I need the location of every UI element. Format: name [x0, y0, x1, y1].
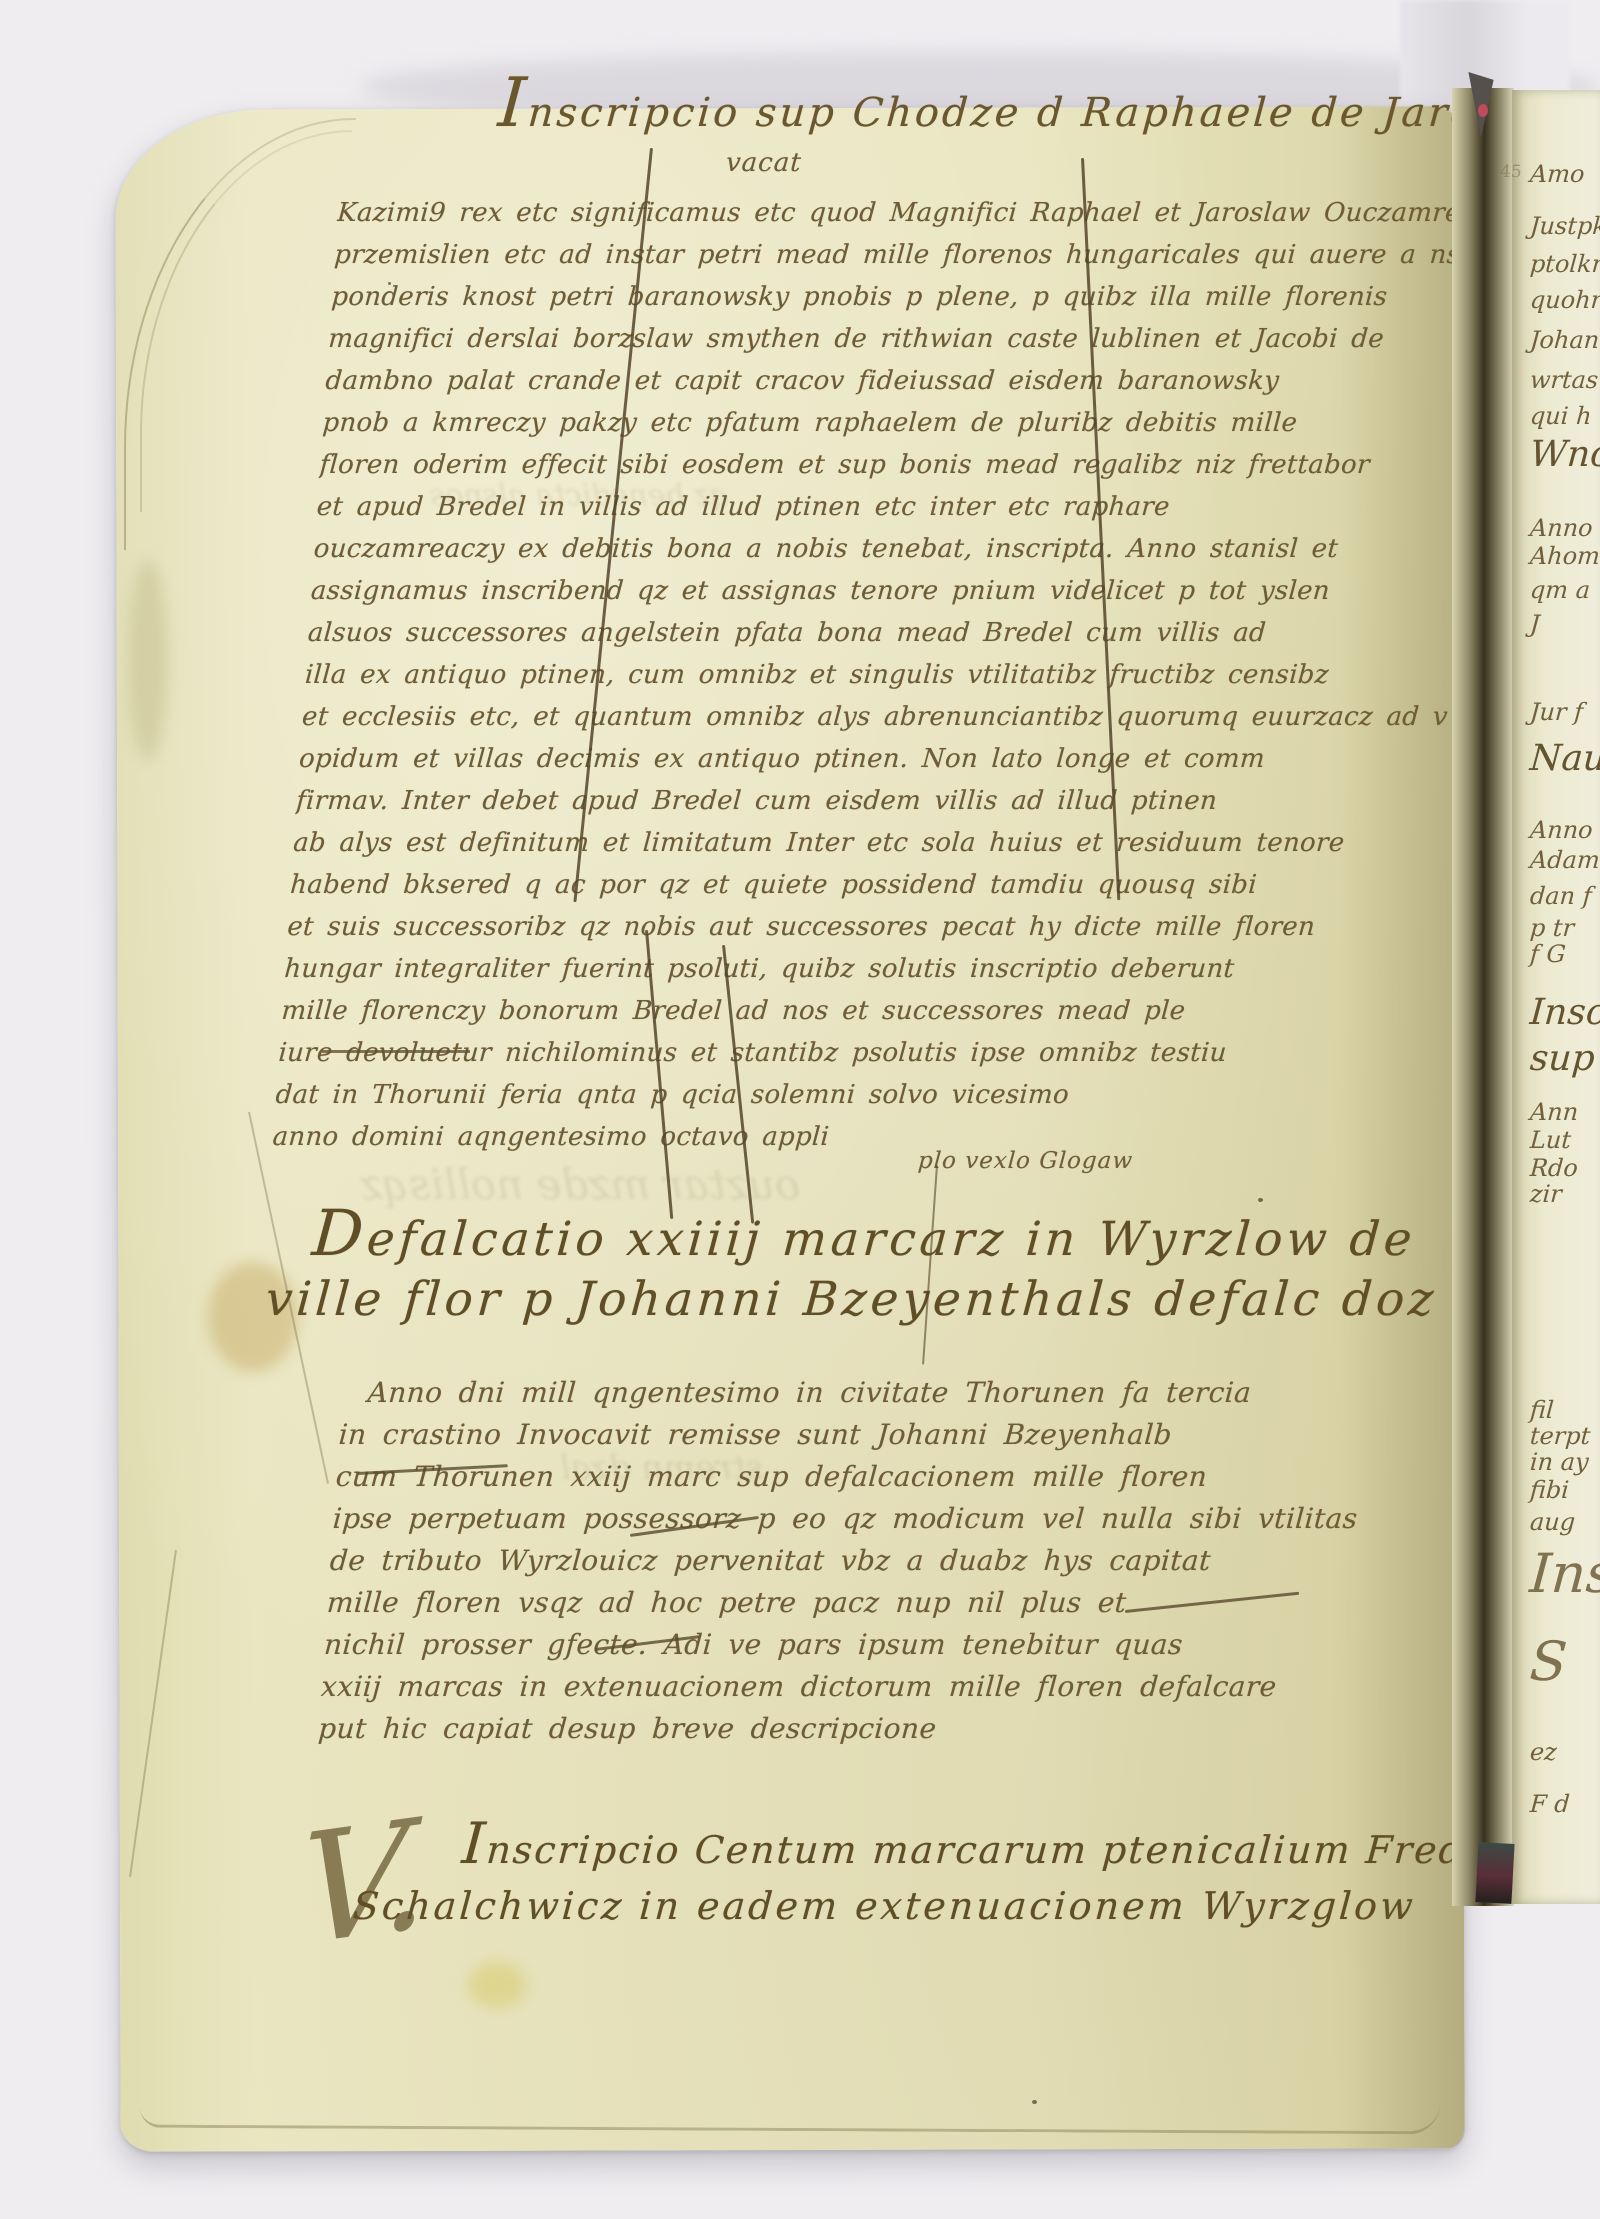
facing-page-fragment: zir — [1529, 1180, 1563, 1208]
facing-page-fragment: dan f — [1529, 882, 1593, 910]
facing-page-fragment: f G — [1529, 940, 1567, 968]
manuscript-line: cum Thorunen xxiij marc sup defalcacione… — [334, 1456, 1452, 1498]
manuscript-line: dambno palat crande et capit cracov fide… — [324, 360, 1472, 402]
facing-page-fragment: Amo — [1529, 160, 1586, 188]
facing-page-fragment: F d — [1529, 1790, 1571, 1818]
stain — [128, 560, 168, 760]
heading-line: ville flor p Johanni Bzeyenthals defalc … — [264, 1270, 1398, 1330]
facing-page-fragment: Ahom — [1529, 542, 1600, 570]
ink-bleed-ghost: ouztar mzde nollisqz — [360, 1160, 800, 1209]
facing-page-fragment: wrtas — [1529, 366, 1599, 394]
manuscript-line: ipse perpetuam possessorz p eo qz modicu… — [331, 1498, 1449, 1540]
facing-page-fragment: ptolkr — [1529, 250, 1600, 278]
manuscript-line: assignamus inscribend qz et assignas ten… — [309, 570, 1457, 612]
manuscript-line: ponderis knost petri baranowsky pnobis p… — [330, 276, 1478, 318]
manuscript-line: et suis successoribz qz nobis aut succes… — [286, 906, 1434, 948]
paragraph-2: Anno dni mill qngentesimo in civitate Th… — [317, 1372, 1458, 1750]
book-gutter — [1452, 88, 1514, 1906]
facing-page-fragment: Ann — [1529, 1098, 1579, 1126]
manuscript-line: illa ex antiquo ptinen, cum omnibz et si… — [304, 654, 1452, 696]
facing-page-fragment: Insc — [1529, 992, 1600, 1033]
margin-note-right: plo vexlo Glogaw — [917, 1148, 1134, 1174]
manuscript-line: floren oderim effecit sibi eosdem et sup… — [318, 444, 1466, 486]
manuscript-line: nichil prosser gfecte. Adi ve pars ipsum… — [323, 1624, 1441, 1666]
facing-page-fragment: ez — [1529, 1738, 1558, 1766]
manuscript-line: iure devoluetur nichilominus et stantibz… — [277, 1032, 1425, 1074]
facing-page-fragment: J — [1529, 610, 1541, 638]
facing-page-fragment: 45 — [1499, 162, 1522, 182]
facing-page-fragment: terpt — [1529, 1422, 1591, 1450]
manuscript-line: mille florenczy bonorum Bredel ad nos et… — [280, 990, 1428, 1032]
manuscript-line: habend bksered q ac por qz et quiete pos… — [289, 864, 1437, 906]
facing-page-fragment: fil — [1529, 1396, 1555, 1424]
manuscript-line: firmav. Inter debet apud Bredel cum eisd… — [295, 780, 1443, 822]
interlinear-note-vacat: vacat — [725, 148, 803, 178]
manuscript-line: opidum et villas decimis ex antiquo ptin… — [298, 738, 1446, 780]
manuscript-line: et ecclesiis etc, et quantum omnibz alys… — [301, 696, 1449, 738]
heading-defalcatio: Defalcatio xxiiij marcarz in Wyrzlow dev… — [264, 1210, 1402, 1330]
facing-page-fragment: Wnc — [1529, 434, 1600, 475]
facing-page-fragment: Lut — [1529, 1126, 1572, 1154]
facing-page-fragment: Anno — [1529, 514, 1594, 542]
manuscript-line: in crastino Invocavit remisse sunt Johan… — [337, 1414, 1455, 1456]
facing-page-fragment: p tr — [1529, 914, 1575, 942]
facing-page-fragment: Justpk — [1529, 212, 1600, 240]
facing-page-fragment: S — [1528, 1630, 1569, 1693]
manuscript-line: alsuos successores angelstein pfata bona… — [306, 612, 1454, 654]
manuscript-photo: { "page": { "heading_top": { "text": "In… — [0, 0, 1600, 2219]
manuscript-line: et apud Bredel in villis ad illud ptinen… — [315, 486, 1463, 528]
facing-page-fragment: sup — [1529, 1038, 1597, 1079]
facing-page-fragment: Anno — [1529, 816, 1594, 844]
facing-page-fragment: Rdo — [1529, 1154, 1579, 1182]
facing-page-fragment: qm a — [1529, 576, 1591, 604]
manuscript-line: przemislien etc ad instar petri mead mil… — [333, 234, 1481, 276]
heading-top: Inscripcio sup Chodze d Raphaele de Jaro… — [496, 90, 1459, 136]
facing-page-fragment: Adam — [1529, 846, 1600, 874]
bookmark-ribbon-bottom — [1475, 1842, 1514, 1904]
manuscript-line: mille floren vsqz ad hoc petre pacz nup … — [326, 1582, 1444, 1624]
paragraph-1: Kazimi9 rex etc significamus etc quod Ma… — [271, 192, 1484, 1158]
stain — [468, 1962, 526, 2008]
facing-page-fragment: Insc — [1528, 1542, 1600, 1605]
facing-page-fragment: Nau — [1529, 738, 1600, 779]
facing-page-fragment: aug — [1529, 1508, 1576, 1536]
facing-page-fragment: Jur f — [1529, 698, 1584, 726]
facing-page-fragment: quohr — [1529, 286, 1600, 314]
manuscript-line: put hic capiat desup breve descripcione — [317, 1708, 1435, 1750]
manuscript-line: Kazimi9 rex etc significamus etc quod Ma… — [336, 192, 1484, 234]
emphasis-underline — [322, 1050, 470, 1053]
manuscript-line: ab alys est definitum et limitatum Inter… — [292, 822, 1440, 864]
manuscript-line: pnob a kmreczy pakzy etc pfatum raphaele… — [321, 402, 1469, 444]
ink-speck — [1258, 1198, 1263, 1202]
facing-page-fragment: in ay — [1529, 1448, 1590, 1476]
heading-line: Inscripcio Centum marcarum ptenicalium F… — [460, 1822, 1464, 1878]
manuscript-line: ouczamreaczy ex debitis bona a nobis ten… — [312, 528, 1460, 570]
ink-speck — [1032, 2100, 1037, 2104]
manuscript-line: Anno dni mill qngentesimo in civitate Th… — [340, 1372, 1458, 1414]
facing-page-fragment: qui h — [1529, 402, 1593, 430]
manuscript-line: xxiij marcas in extenuacionem dictorum m… — [320, 1666, 1438, 1708]
heading-inscripcio: Inscripcio Centum marcarum ptenicalium F… — [456, 1822, 1464, 1934]
manuscript-line: dat in Thorunii feria qnta p qcia solemn… — [274, 1074, 1422, 1116]
heading-line: Defalcatio xxiiij marcarz in Wyrzlow de — [268, 1210, 1402, 1270]
bookmark-ribbon-red-tip — [1478, 104, 1488, 117]
heading-line: Schalchwicz in eadem extenuacionem Wyrzg… — [351, 1878, 1460, 1934]
manuscript-line: magnifici derslai borzslaw smythen de ri… — [327, 318, 1475, 360]
manuscript-line: anno domini aqngentesimo octavo appli — [271, 1116, 1419, 1158]
manuscript-line: hungar integraliter fuerint psoluti, qui… — [283, 948, 1431, 990]
facing-page-text-fragments: 45AmoJustpkptolkrquohrJohanwrtasqui hWnc… — [1524, 90, 1600, 1904]
facing-page-fragment: fibi — [1529, 1476, 1570, 1504]
manuscript-line: de tributo Wyrzlouicz pervenitat vbz a d… — [329, 1540, 1447, 1582]
facing-page-fragment: Johan — [1529, 326, 1600, 354]
